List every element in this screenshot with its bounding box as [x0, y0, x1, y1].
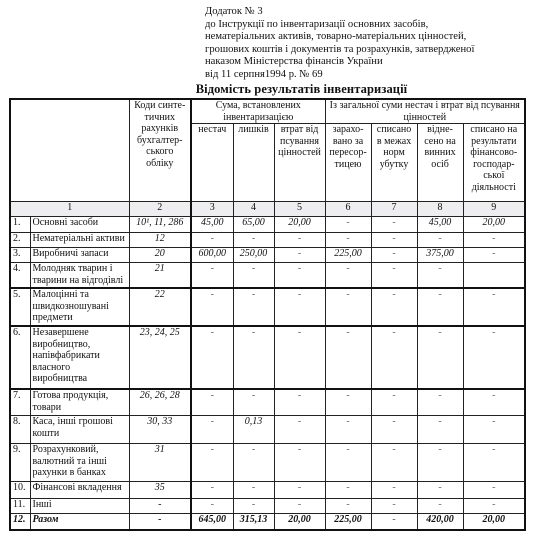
value-cell: -: [371, 217, 417, 233]
item-name: Інші: [30, 499, 129, 514]
header-written-off: списано на результати фінансово-господар…: [463, 124, 525, 202]
account-codes: 10¹, 11, 286: [129, 217, 191, 233]
value-cell: 20,00: [463, 217, 525, 233]
value-cell: 45,00: [191, 217, 233, 233]
value-cell: -: [325, 416, 371, 444]
column-number: 4: [233, 202, 274, 217]
value-cell: -: [233, 482, 274, 499]
value-cell: -: [371, 416, 417, 444]
value-cell: -: [274, 416, 325, 444]
value-cell: -: [233, 326, 274, 389]
header-blank: [10, 99, 129, 202]
value-cell: -: [191, 326, 233, 389]
item-name: Каса, інші грошові кошти: [30, 416, 129, 444]
column-number: 2: [129, 202, 191, 217]
account-codes: -: [129, 499, 191, 514]
value-cell: -: [463, 389, 525, 416]
appendix-line: Додаток № 3: [205, 6, 474, 19]
column-number: 5: [274, 202, 325, 217]
table-row: 3.Виробничі запаси20600,00250,00-225,00-…: [10, 248, 525, 263]
value-cell: -: [371, 499, 417, 514]
value-cell: -: [417, 233, 463, 248]
value-cell: -: [274, 444, 325, 482]
table-row: 4.Молодняк тварин і тварини на відгодівл…: [10, 263, 525, 289]
account-codes: 12: [129, 233, 191, 248]
value-cell: -: [325, 217, 371, 233]
value-cell: -: [463, 444, 525, 482]
value-cell: -: [191, 288, 233, 326]
item-name: Розрахунковий, валютний та інші рахунки …: [30, 444, 129, 482]
value-cell: -: [417, 389, 463, 416]
column-number: 1: [10, 202, 129, 217]
item-name: Фінансові вкладення: [30, 482, 129, 499]
account-codes: 20: [129, 248, 191, 263]
value-cell: -: [371, 326, 417, 389]
value-cell: -: [463, 499, 525, 514]
value-cell: 250,00: [233, 248, 274, 263]
value-cell: -: [233, 288, 274, 326]
header-group-total: Із загальної суми нестач і втрат від псу…: [325, 99, 525, 124]
row-number: 6.: [10, 326, 30, 389]
value-cell: [463, 263, 525, 289]
row-number: 11.: [10, 499, 30, 514]
account-codes: 21: [129, 263, 191, 289]
row-number: 7.: [10, 389, 30, 416]
appendix-line: нематеріальних активів, товарно-матеріал…: [205, 31, 474, 44]
value-cell: -: [233, 263, 274, 289]
value-cell: -: [274, 248, 325, 263]
value-cell: -: [191, 482, 233, 499]
value-cell: -: [191, 263, 233, 289]
value-cell: -: [371, 233, 417, 248]
value-cell: -: [371, 514, 417, 531]
table-row: 10.Фінансові вкладення35-------: [10, 482, 525, 499]
value-cell: -: [371, 482, 417, 499]
value-cell: -: [274, 263, 325, 289]
row-number: 9.: [10, 444, 30, 482]
item-name: Незавершене виробництво, напівфабрикати …: [30, 326, 129, 389]
value-cell: 20,00: [274, 514, 325, 531]
value-cell: 645,00: [191, 514, 233, 531]
value-cell: -: [274, 288, 325, 326]
value-cell: -: [274, 499, 325, 514]
account-codes: 30, 33: [129, 416, 191, 444]
header-regrading: зарахо-вано за пересор-тицею: [325, 124, 371, 202]
value-cell: -: [274, 326, 325, 389]
value-cell: -: [417, 416, 463, 444]
value-cell: 20,00: [463, 514, 525, 531]
value-cell: -: [191, 499, 233, 514]
table-row: 9.Розрахунковий, валютний та інші рахунк…: [10, 444, 525, 482]
document-title: Відомість результатів інвентаризації: [0, 82, 533, 97]
header-spoilage: втрат від псування цінностей: [274, 124, 325, 202]
column-number: 6: [325, 202, 371, 217]
value-cell: -: [191, 389, 233, 416]
value-cell: -: [463, 482, 525, 499]
value-cell: -: [417, 499, 463, 514]
value-cell: -: [325, 499, 371, 514]
value-cell: -: [325, 326, 371, 389]
column-number: 9: [463, 202, 525, 217]
value-cell: -: [463, 233, 525, 248]
value-cell: -: [233, 444, 274, 482]
appendix-line: від 11 серпня1994 р. № 69: [205, 69, 474, 82]
value-cell: -: [463, 326, 525, 389]
header-codes: Коди синте-тичних рахунків бухгалтер-ськ…: [129, 99, 191, 202]
value-cell: -: [325, 263, 371, 289]
account-codes: 26, 26, 28: [129, 389, 191, 416]
value-cell: -: [274, 482, 325, 499]
appendix-line: грошових коштів і документів та розрахун…: [205, 44, 474, 57]
value-cell: -: [463, 248, 525, 263]
value-cell: 225,00: [325, 514, 371, 531]
value-cell: 420,00: [417, 514, 463, 531]
value-cell: -: [325, 389, 371, 416]
row-number: 1.: [10, 217, 30, 233]
header-within-norms: списано в межах норм убутку: [371, 124, 417, 202]
table-row: 5.Малоцінні та швидкозношувані предмети2…: [10, 288, 525, 326]
inventory-results-table: Коди синте-тичних рахунків бухгалтер-ськ…: [9, 98, 526, 531]
row-number: 3.: [10, 248, 30, 263]
account-codes: 31: [129, 444, 191, 482]
table-row: 2.Нематеріальні активи12-------: [10, 233, 525, 248]
value-cell: -: [233, 499, 274, 514]
value-cell: -: [463, 416, 525, 444]
value-cell: -: [325, 288, 371, 326]
appendix-line: наказом Міністерства фінансів України: [205, 56, 474, 69]
value-cell: 315,13: [233, 514, 274, 531]
value-cell: -: [274, 233, 325, 248]
account-codes: -: [129, 514, 191, 531]
item-name: Основні засоби: [30, 217, 129, 233]
value-cell: -: [233, 389, 274, 416]
column-number: 8: [417, 202, 463, 217]
row-number: 8.: [10, 416, 30, 444]
value-cell: -: [417, 482, 463, 499]
value-cell: 225,00: [325, 248, 371, 263]
value-cell: -: [191, 444, 233, 482]
value-cell: -: [417, 263, 463, 289]
value-cell: 65,00: [233, 217, 274, 233]
value-cell: -: [371, 263, 417, 289]
header-surplus: лишків: [233, 124, 274, 202]
value-cell: -: [371, 389, 417, 416]
value-cell: -: [371, 444, 417, 482]
header-group-amount: Сума, встановлених інвентаризацією: [191, 99, 325, 124]
appendix-note: Додаток № 3 до Інструкції по інвентариза…: [205, 6, 474, 82]
item-name: Нематеріальні активи: [30, 233, 129, 248]
appendix-line: до Інструкції по інвентаризації основних…: [205, 19, 474, 32]
item-name: Разом: [30, 514, 129, 531]
item-name: Молодняк тварин і тварини на відгодівлі: [30, 263, 129, 289]
value-cell: -: [371, 288, 417, 326]
value-cell: -: [417, 444, 463, 482]
table-row: 1.Основні засоби10¹, 11, 28645,0065,0020…: [10, 217, 525, 233]
row-number: 10.: [10, 482, 30, 499]
value-cell: -: [191, 233, 233, 248]
account-codes: 35: [129, 482, 191, 499]
value-cell: -: [463, 288, 525, 326]
total-row: 12.Разом-645,00315,1320,00225,00-420,002…: [10, 514, 525, 531]
value-cell: 20,00: [274, 217, 325, 233]
row-number: 2.: [10, 233, 30, 248]
table-row: 8.Каса, інші грошові кошти30, 33-0,13---…: [10, 416, 525, 444]
header-shortage: нестач: [191, 124, 233, 202]
value-cell: -: [371, 248, 417, 263]
value-cell: -: [274, 389, 325, 416]
header-charged-culprits: відне-сено на винних осіб: [417, 124, 463, 202]
value-cell: 375,00: [417, 248, 463, 263]
column-number-row: 1 2 3 4 5 6 7 8 9: [10, 202, 525, 217]
value-cell: 0,13: [233, 416, 274, 444]
value-cell: -: [325, 444, 371, 482]
table-row: 6.Незавершене виробництво, напівфабрикат…: [10, 326, 525, 389]
item-name: Готова продукція, товари: [30, 389, 129, 416]
value-cell: -: [417, 288, 463, 326]
table-row: 7.Готова продукція, товари26, 26, 28----…: [10, 389, 525, 416]
account-codes: 22: [129, 288, 191, 326]
value-cell: 45,00: [417, 217, 463, 233]
item-name: Виробничі запаси: [30, 248, 129, 263]
account-codes: 23, 24, 25: [129, 326, 191, 389]
value-cell: -: [233, 233, 274, 248]
item-name: Малоцінні та швидкозношувані предмети: [30, 288, 129, 326]
value-cell: 600,00: [191, 248, 233, 263]
column-number: 3: [191, 202, 233, 217]
row-number: 5.: [10, 288, 30, 326]
value-cell: -: [417, 326, 463, 389]
row-number: 12.: [10, 514, 30, 531]
row-number: 4.: [10, 263, 30, 289]
value-cell: -: [325, 482, 371, 499]
value-cell: -: [325, 233, 371, 248]
table-row: 11.Інші--------: [10, 499, 525, 514]
column-number: 7: [371, 202, 417, 217]
value-cell: -: [191, 416, 233, 444]
